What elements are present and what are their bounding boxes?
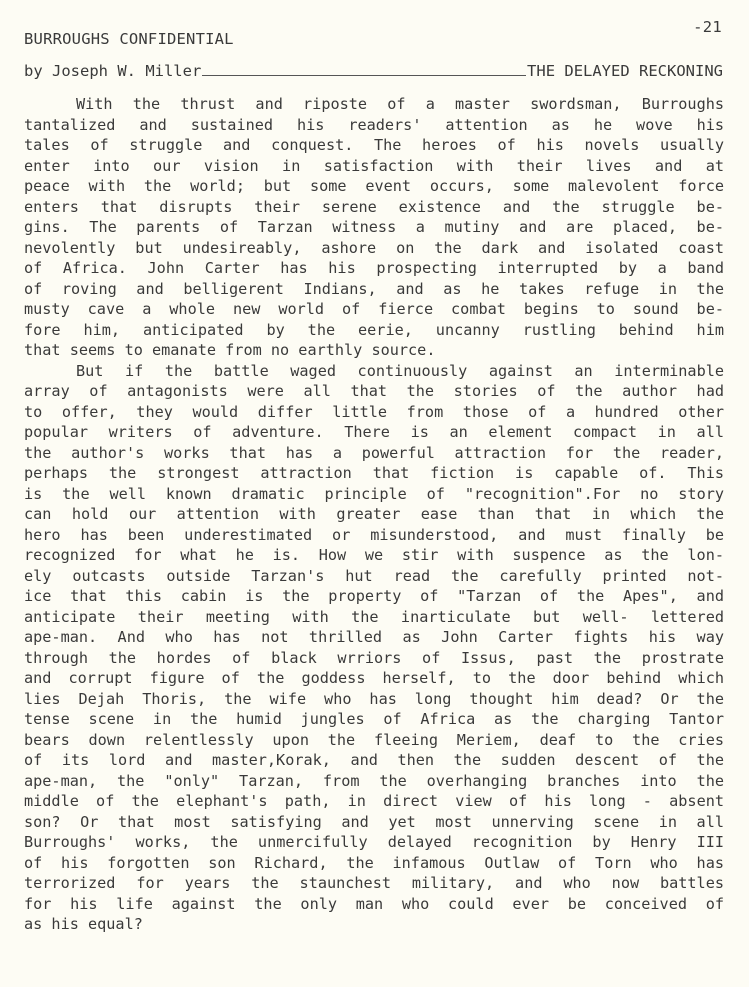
text-line: for his life against the only man who co… bbox=[24, 894, 724, 915]
text-line: as his equal? bbox=[24, 914, 724, 935]
text-line: gins. The parents of Tarzan witness a mu… bbox=[24, 217, 724, 238]
text-line: through the hordes of black wrriors of I… bbox=[24, 648, 724, 669]
text-line: peace with the world; but some event occ… bbox=[24, 176, 724, 197]
text-line: son? Or that most satisfying and yet mos… bbox=[24, 812, 724, 833]
text-line: musty cave a whole new world of fierce c… bbox=[24, 299, 724, 320]
page-number: -21 bbox=[693, 18, 722, 36]
text-line: terrorized for years the staunchest mili… bbox=[24, 873, 724, 894]
text-line: tales of struggle and conquest. The hero… bbox=[24, 135, 724, 156]
text-line: can hold our attention with greater ease… bbox=[24, 504, 724, 525]
text-line: of roving and belligerent Indians, and a… bbox=[24, 279, 724, 300]
document-page: -21 BURROUGHS CONFIDENTIAL by Joseph W. … bbox=[0, 0, 749, 987]
text-line: tense scene in the humid jungles of Afri… bbox=[24, 709, 724, 730]
text-line: ape-man, the "only" Tarzan, from the ove… bbox=[24, 771, 724, 792]
text-line: recognized for what he is. How we stir w… bbox=[24, 545, 724, 566]
text-line: that seems to emanate from no earthly so… bbox=[24, 340, 724, 361]
text-line: But if the battle waged continuously aga… bbox=[24, 361, 724, 382]
text-line: to offer, they would differ little from … bbox=[24, 402, 724, 423]
text-line: middle of the elephant's path, in direct… bbox=[24, 791, 724, 812]
text-line: lies Dejah Thoris, the wife who has long… bbox=[24, 689, 724, 710]
article-body: With the thrust and riposte of a master … bbox=[24, 94, 724, 935]
column-title: BURROUGHS CONFIDENTIAL bbox=[24, 30, 234, 48]
text-line: perhaps the strongest attraction that fi… bbox=[24, 463, 724, 484]
text-line: array of antagonists were all that the s… bbox=[24, 381, 724, 402]
text-line: the author's works that has a powerful a… bbox=[24, 443, 724, 464]
byline-rule bbox=[202, 75, 526, 76]
text-line: enters that disrupts their serene existe… bbox=[24, 197, 724, 218]
text-line: With the thrust and riposte of a master … bbox=[24, 94, 724, 115]
byline-row: by Joseph W. Miller THE DELAYED RECKONIN… bbox=[24, 62, 723, 80]
text-line: Burroughs' works, the unmercifully delay… bbox=[24, 832, 724, 853]
author-byline: by Joseph W. Miller bbox=[24, 62, 201, 80]
text-line: nevolently but undesireably, ashore on t… bbox=[24, 238, 724, 259]
text-line: ely outcasts outside Tarzan's hut read t… bbox=[24, 566, 724, 587]
text-line: ape-man. And who has not thrilled as Joh… bbox=[24, 627, 724, 648]
text-line: enter into our vision in satisfaction wi… bbox=[24, 156, 724, 177]
text-line: of its lord and master,Korak, and then t… bbox=[24, 750, 724, 771]
text-line: and corrupt figure of the goddess hersel… bbox=[24, 668, 724, 689]
text-line: popular writers of adventure. There is a… bbox=[24, 422, 724, 443]
text-line: fore him, anticipated by the eerie, unca… bbox=[24, 320, 724, 341]
text-line: of his forgotten son Richard, the infamo… bbox=[24, 853, 724, 874]
text-line: bears down relentlessly upon the fleeing… bbox=[24, 730, 724, 751]
article-title: THE DELAYED RECKONING bbox=[527, 62, 723, 80]
text-line: anticipate their meeting with the inarti… bbox=[24, 607, 724, 628]
text-line: is the well known dramatic principle of … bbox=[24, 484, 724, 505]
text-line: hero has been underestimated or misunder… bbox=[24, 525, 724, 546]
text-line: tantalized and sustained his readers' at… bbox=[24, 115, 724, 136]
text-line: of Africa. John Carter has his prospecti… bbox=[24, 258, 724, 279]
text-line: ice that this cabin is the property of "… bbox=[24, 586, 724, 607]
